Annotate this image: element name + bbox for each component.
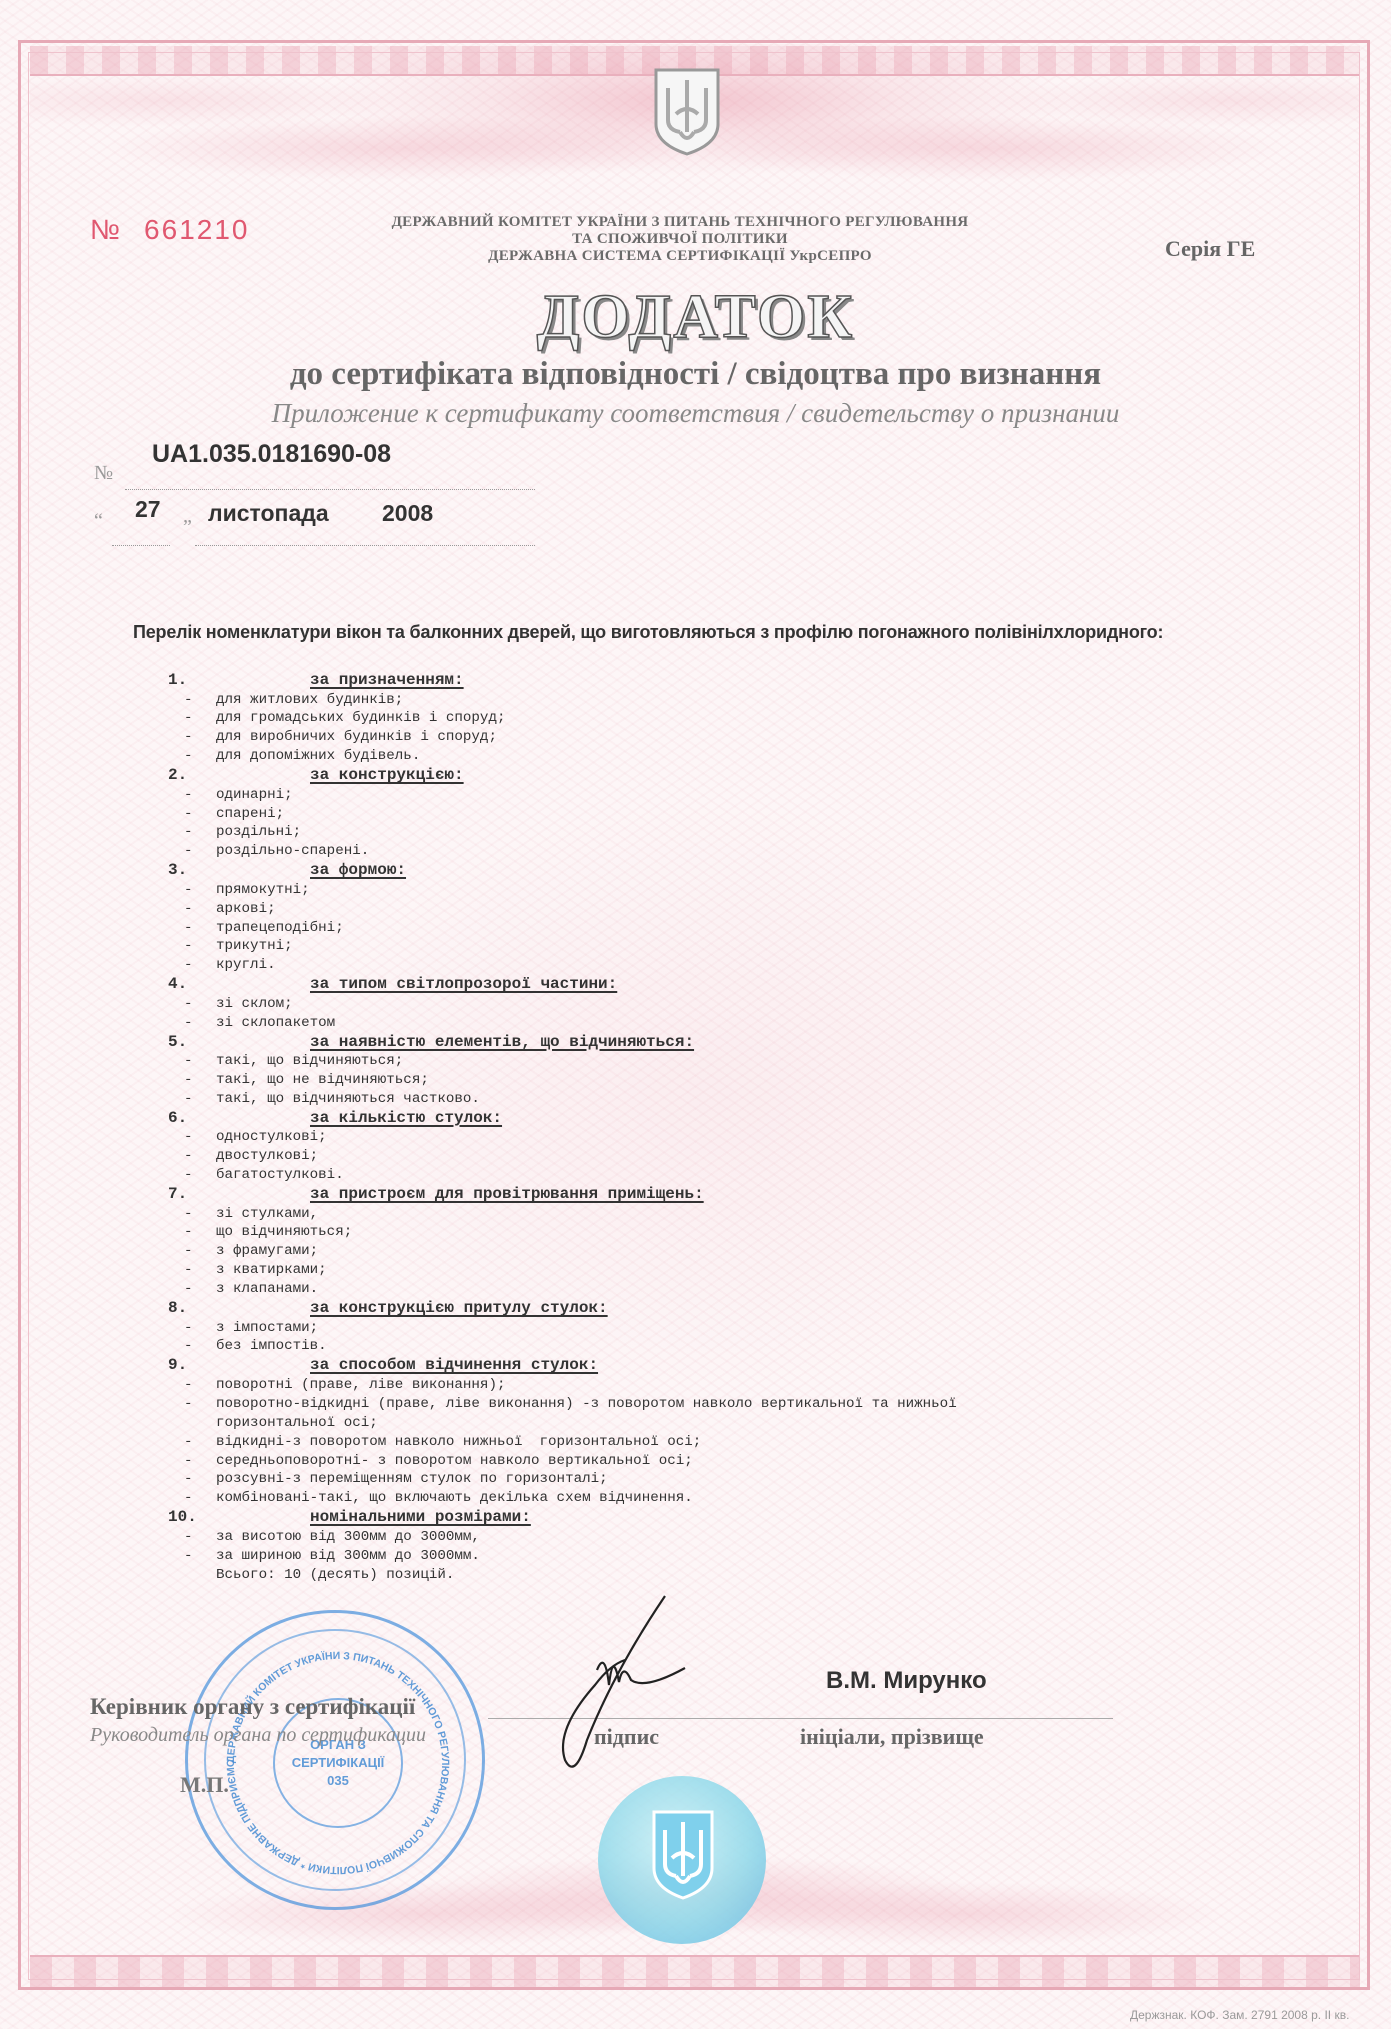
list-item: зі стулками, bbox=[168, 1205, 1268, 1224]
official-seal-stamp: ДЕРЖАВНИЙ КОМІТЕТ УКРАЇНИ З ПИТАНЬ ТЕХНІ… bbox=[185, 1610, 485, 1910]
list-item: без імпостів. bbox=[168, 1337, 1268, 1356]
list-item: для виробничих будинків і споруд; bbox=[168, 728, 1268, 747]
seal-center-line: СЕРТИФІКАЦІЇ bbox=[292, 1754, 385, 1772]
list-item: середньоповоротні- з поворотом навколо в… bbox=[168, 1452, 1268, 1471]
section-number: 2. bbox=[168, 766, 187, 785]
list-item: зі склопакетом bbox=[168, 1014, 1268, 1033]
list-item: з імпостами; bbox=[168, 1319, 1268, 1338]
list-item: для житлових будинків; bbox=[168, 691, 1268, 710]
list-item: одностулкові; bbox=[168, 1128, 1268, 1147]
section-heading: 7.за пристроєм для провітрювання приміще… bbox=[168, 1185, 1268, 1205]
list-item: з кватирками; bbox=[168, 1261, 1268, 1280]
authority-line: ТА СПОЖИВЧОЇ ПОЛІТИКИ bbox=[330, 231, 1030, 248]
section-heading: 5.за наявністю елементів, що відчиняютьс… bbox=[168, 1033, 1268, 1053]
list-item: прямокутні; bbox=[168, 881, 1268, 900]
section-title: номінальними розмірами: bbox=[310, 1508, 531, 1527]
section-heading: 10.номінальними розмірами: bbox=[168, 1508, 1268, 1528]
list-item: такі, що відчиняються частково. bbox=[168, 1090, 1268, 1109]
date-underline bbox=[112, 545, 170, 546]
date-day: 27 bbox=[135, 496, 161, 523]
nomenclature-intro: Перелік номенклатури вікон та балконних … bbox=[133, 622, 1163, 643]
total-count: Всього: 10 (десять) позицій. bbox=[168, 1566, 1268, 1585]
list-item: з фрамугами; bbox=[168, 1242, 1268, 1261]
name-caption: ініціали, прізвище bbox=[800, 1724, 984, 1750]
trident-coat-of-arms-icon bbox=[652, 66, 722, 156]
section-heading: 8.за конструкцією притулу стулок: bbox=[168, 1299, 1268, 1319]
head-of-body-label-ru: Руководитель органа по сертификации bbox=[90, 1724, 426, 1747]
signature-caption: підпис bbox=[594, 1724, 659, 1750]
list-item: комбіновані-такі, що включають декілька … bbox=[168, 1489, 1268, 1508]
printer-imprint: Держзнак. КОФ. Зам. 2791 2008 р. II кв. bbox=[1130, 2008, 1349, 2022]
list-item: поворотно-відкидні (праве, ліве виконанн… bbox=[168, 1395, 1268, 1414]
authority-line: ДЕРЖАВНИЙ КОМІТЕТ УКРАЇНИ З ПИТАНЬ ТЕХНІ… bbox=[330, 214, 1030, 231]
list-item: спарені; bbox=[168, 805, 1268, 824]
form-series: Серія ГЕ bbox=[1165, 236, 1255, 262]
list-item: трапецеподібні; bbox=[168, 919, 1268, 938]
list-item: горизонтальної осі; bbox=[168, 1414, 1268, 1433]
section-heading: 3.за формою: bbox=[168, 861, 1268, 881]
list-item: зі склом; bbox=[168, 995, 1268, 1014]
certificate-number: UA1.035.0181690-08 bbox=[152, 440, 391, 469]
section-number: 6. bbox=[168, 1109, 187, 1128]
serial-number: 661210 bbox=[144, 214, 249, 245]
list-item: такі, що відчиняються; bbox=[168, 1052, 1268, 1071]
signatory-name: В.М. Мирунко bbox=[826, 1667, 987, 1695]
section-title: за типом світлопрозорої частини: bbox=[310, 975, 617, 994]
hologram-trident-icon bbox=[650, 1808, 716, 1902]
seal-place-label: М.П. bbox=[180, 1772, 229, 1798]
section-number: 8. bbox=[168, 1299, 187, 1318]
section-title: за пристроєм для провітрювання приміщень… bbox=[310, 1185, 704, 1204]
list-item: за висотою від 300мм до 3000мм, bbox=[168, 1528, 1268, 1547]
section-title: за конструкцією: bbox=[310, 766, 464, 785]
date-year: 2008 bbox=[382, 500, 433, 527]
issuing-authority: ДЕРЖАВНИЙ КОМІТЕТ УКРАЇНИ З ПИТАНЬ ТЕХНІ… bbox=[330, 214, 1030, 265]
list-item: двостулкові; bbox=[168, 1147, 1268, 1166]
seal-center-line: 035 bbox=[327, 1772, 349, 1790]
list-item: роздільно-спарені. bbox=[168, 842, 1268, 861]
section-title: за кількістю стулок: bbox=[310, 1109, 502, 1128]
list-item: такі, що не відчиняються; bbox=[168, 1071, 1268, 1090]
section-number: 7. bbox=[168, 1185, 187, 1204]
section-heading: 2.за конструкцією: bbox=[168, 766, 1268, 786]
list-item: трикутні; bbox=[168, 937, 1268, 956]
list-item: круглі. bbox=[168, 956, 1268, 975]
date-month: листопада bbox=[208, 500, 329, 527]
list-item: роздільні; bbox=[168, 823, 1268, 842]
list-item: відкидні-з поворотом навколо нижньої гор… bbox=[168, 1433, 1268, 1452]
nomenclature-list: 1.за призначенням:для житлових будинків;… bbox=[168, 671, 1268, 1584]
section-heading: 9.за способом відчинення стулок: bbox=[168, 1356, 1268, 1376]
document-title: ДОДАТОК bbox=[0, 282, 1391, 353]
section-number: 9. bbox=[168, 1356, 187, 1375]
authority-line: ДЕРЖАВНА СИСТЕМА СЕРТИФІКАЦІЇ УкрСЕПРО bbox=[330, 248, 1030, 265]
section-heading: 1.за призначенням: bbox=[168, 671, 1268, 691]
serial-symbol: № bbox=[90, 214, 122, 245]
number-underline bbox=[125, 489, 535, 490]
section-number: 5. bbox=[168, 1033, 187, 1052]
list-item: поворотні (праве, ліве виконання); bbox=[168, 1376, 1268, 1395]
list-item: що відчиняються; bbox=[168, 1223, 1268, 1242]
subtitle-ukrainian: до сертифіката відповідності / свідоцтва… bbox=[0, 356, 1391, 393]
list-item: багатостулкові. bbox=[168, 1166, 1268, 1185]
section-number: 10. bbox=[168, 1508, 197, 1527]
form-serial-number: №661210 bbox=[90, 214, 249, 246]
section-number: 3. bbox=[168, 861, 187, 880]
section-title: за наявністю елементів, що відчиняються: bbox=[310, 1033, 694, 1052]
date-close-quote: „ bbox=[183, 505, 192, 528]
list-item: розсувні-з переміщенням стулок по горизо… bbox=[168, 1470, 1268, 1489]
section-number: 4. bbox=[168, 975, 187, 994]
section-title: за конструкцією притулу стулок: bbox=[310, 1299, 608, 1318]
certificate-number-label: № bbox=[94, 462, 113, 485]
section-title: за способом відчинення стулок: bbox=[310, 1356, 598, 1375]
list-item: з клапанами. bbox=[168, 1280, 1268, 1299]
head-of-body-label: Керівник органу з сертифікації bbox=[90, 1694, 415, 1720]
date-underline bbox=[195, 545, 535, 546]
handwritten-signature bbox=[535, 1590, 735, 1790]
section-title: за призначенням: bbox=[310, 671, 464, 690]
list-item: за шириною від 300мм до 3000мм. bbox=[168, 1547, 1268, 1566]
date-open-quote: “ bbox=[94, 510, 103, 533]
list-item: одинарні; bbox=[168, 786, 1268, 805]
list-item: для допоміжних будівель. bbox=[168, 747, 1268, 766]
section-number: 1. bbox=[168, 671, 187, 690]
subtitle-russian: Приложение к сертификату соответствия / … bbox=[0, 398, 1391, 429]
list-item: аркові; bbox=[168, 900, 1268, 919]
section-heading: 4.за типом світлопрозорої частини: bbox=[168, 975, 1268, 995]
section-heading: 6.за кількістю стулок: bbox=[168, 1109, 1268, 1129]
list-item: для громадських будинків і споруд; bbox=[168, 709, 1268, 728]
section-title: за формою: bbox=[310, 861, 406, 880]
